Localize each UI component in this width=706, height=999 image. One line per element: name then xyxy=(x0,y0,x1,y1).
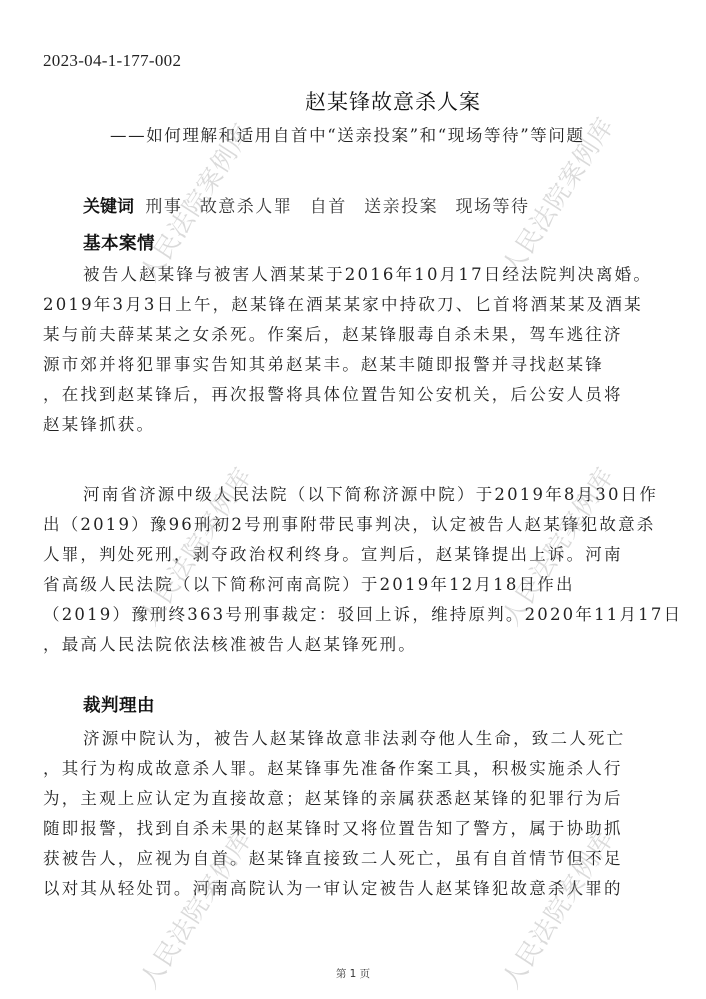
keyword-item: 故意杀人罪 xyxy=(200,197,293,217)
document-title: 赵某锋故意杀人案 xyxy=(0,86,706,116)
text-line: 随即报警，找到自杀未果的赵某锋时又将位置告知了警方，属于协助抓 xyxy=(43,814,683,844)
text-line: 某与前夫薛某某之女杀死。作案后，赵某锋服毒自杀未果，驾车逃往济 xyxy=(43,320,683,350)
text-line: 河南省济源中级人民法院（以下简称济源中院）于2019年8月30日作 xyxy=(43,480,683,510)
text-line: （2019）豫刑终363号刑事裁定：驳回上诉，维持原判。2020年11月17日 xyxy=(43,600,683,630)
keywords-row: 关键词 刑事 故意杀人罪 自首 送亲投案 现场等待 xyxy=(83,192,542,217)
page-number: 第 1 页 xyxy=(0,966,706,981)
paragraph-reasoning-1: 济源中院认为，被告人赵某锋故意非法剥夺他人生命，致二人死亡 ，其行为构成故意杀人… xyxy=(43,724,683,904)
paragraph-facts-2: 河南省济源中级人民法院（以下简称济源中院）于2019年8月30日作 出（2019… xyxy=(43,480,683,660)
document-page: 2023-04-1-177-002 赵某锋故意杀人案 ——如何理解和适用自首中“… xyxy=(0,0,706,999)
keywords-label: 关键词 xyxy=(83,197,134,217)
keyword-item: 送亲投案 xyxy=(364,197,438,217)
text-line: 源市郊并将犯罪事实告知其弟赵某丰。赵某丰随即报警并寻找赵某锋 xyxy=(43,350,683,380)
text-line: 赵某锋抓获。 xyxy=(43,410,683,440)
text-line: 以对其从轻处罚。河南高院认为一审认定被告人赵某锋犯故意杀人罪的 xyxy=(43,874,683,904)
text-line: ，其行为构成故意杀人罪。赵某锋事先准备作案工具，积极实施杀人行 xyxy=(43,754,683,784)
keyword-item: 刑事 xyxy=(145,197,182,217)
text-line: ，在找到赵某锋后，再次报警将具体位置告知公安机关，后公安人员将 xyxy=(43,380,683,410)
section-heading-basic-facts: 基本案情 xyxy=(83,230,155,255)
keyword-item: 自首 xyxy=(310,197,347,217)
text-line: ，最高人民法院依法核准被告人赵某锋死刑。 xyxy=(43,630,683,660)
text-line: 人罪，判处死刑，剥夺政治权利终身。宣判后，赵某锋提出上诉。河南 xyxy=(43,540,683,570)
keyword-item: 现场等待 xyxy=(456,197,530,217)
text-line: 省高级人民法院（以下简称河南高院）于2019年12月18日作出 xyxy=(43,570,683,600)
text-line: 2019年3月3日上午，赵某锋在酒某某家中持砍刀、匕首将酒某某及酒某 xyxy=(43,290,683,320)
text-line: 为，主观上应认定为直接故意；赵某锋的亲属获悉赵某锋的犯罪行为后 xyxy=(43,784,683,814)
text-line: 出（2019）豫96刑初2号刑事附带民事判决，认定被告人赵某锋犯故意杀 xyxy=(43,510,683,540)
paragraph-facts-1: 被告人赵某锋与被害人酒某某于2016年10月17日经法院判决离婚。 2019年3… xyxy=(43,260,683,440)
text-line: 济源中院认为，被告人赵某锋故意非法剥夺他人生命，致二人死亡 xyxy=(43,724,683,754)
section-heading-reasoning: 裁判理由 xyxy=(83,692,155,717)
text-line: 获被告人，应视为自首。赵某锋直接致二人死亡，虽有自首情节但不足 xyxy=(43,844,683,874)
text-line: 被告人赵某锋与被害人酒某某于2016年10月17日经法院判决离婚。 xyxy=(43,260,683,290)
document-subtitle: ——如何理解和适用自首中“送亲投案”和“现场等待”等问题 xyxy=(110,122,585,146)
case-id: 2023-04-1-177-002 xyxy=(43,51,181,71)
